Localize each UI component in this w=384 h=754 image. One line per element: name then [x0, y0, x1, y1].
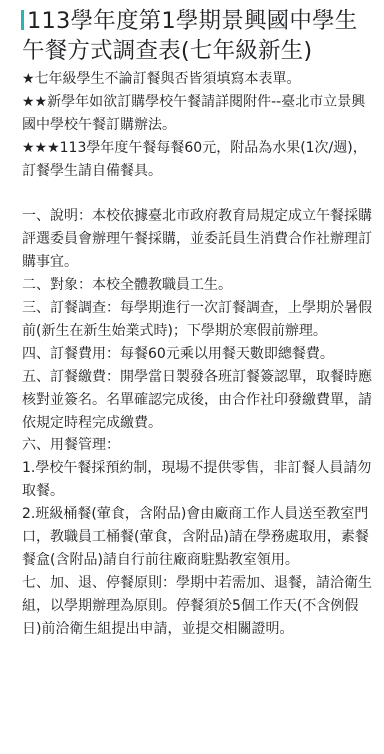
- form-title-block: 113學年度第1學期景興國中學生午餐方式調查表(七年級新生): [22, 6, 374, 66]
- form-header: 113學年度第1學期景興國中學生午餐方式調查表(七年級新生) ★七年級學生不論訂…: [0, 0, 384, 641]
- notice-2: ★★新學年如欲訂購學校午餐請詳閱附件--臺北市立景興國中學校午餐訂購辦法。: [22, 91, 374, 137]
- section-add-cancel: 七、加、退、停餐原則：學期中若需加、退餐，請洽衛生組，以學期辦理為原則。停餐須於…: [22, 572, 374, 641]
- section-target: 二、對象：本校全體教職員工生。: [22, 274, 374, 297]
- form-title: 113學年度第1學期景興國中學生午餐方式調查表(七年級新生): [22, 8, 357, 64]
- section-meal-management: 六、用餐管理：: [22, 434, 374, 457]
- section-payment: 五、訂餐繳費：開學當日製發各班訂餐簽認單，取餐時應核對並簽名。名單確認完成後，由…: [22, 366, 374, 435]
- title-accent-bar: [21, 10, 24, 30]
- section-fee: 四、訂餐費用：每餐60元乘以用餐天數即總餐費。: [22, 343, 374, 366]
- section-survey: 三、訂餐調查：每學期進行一次訂餐調查，上學期於暑假前(新生在新生始業式時)；下學…: [22, 297, 374, 343]
- notice-1: ★七年級學生不論訂餐與否皆須填寫本表單。: [22, 68, 374, 91]
- spacer: [22, 183, 374, 206]
- section-explanation: 一、說明：本校依據臺北市政府教育局規定成立午餐採購評選委員會辦理午餐採購，並委託…: [22, 205, 374, 274]
- meal-rule-1: 1.學校午餐採預約制，現場不提供零售，非訂餐人員請勿取餐。: [22, 457, 374, 503]
- meal-rule-2: 2.班級桶餐(葷食，含附品)會由廠商工作人員送至教室門口，教職員工桶餐(葷食，含…: [22, 503, 374, 572]
- notice-3: ★★★113學年度午餐每餐60元，附品為水果(1次/週)，訂餐學生請自備餐具。: [22, 137, 374, 183]
- form-description: ★七年級學生不論訂餐與否皆須填寫本表單。 ★★新學年如欲訂購學校午餐請詳閱附件-…: [22, 68, 374, 641]
